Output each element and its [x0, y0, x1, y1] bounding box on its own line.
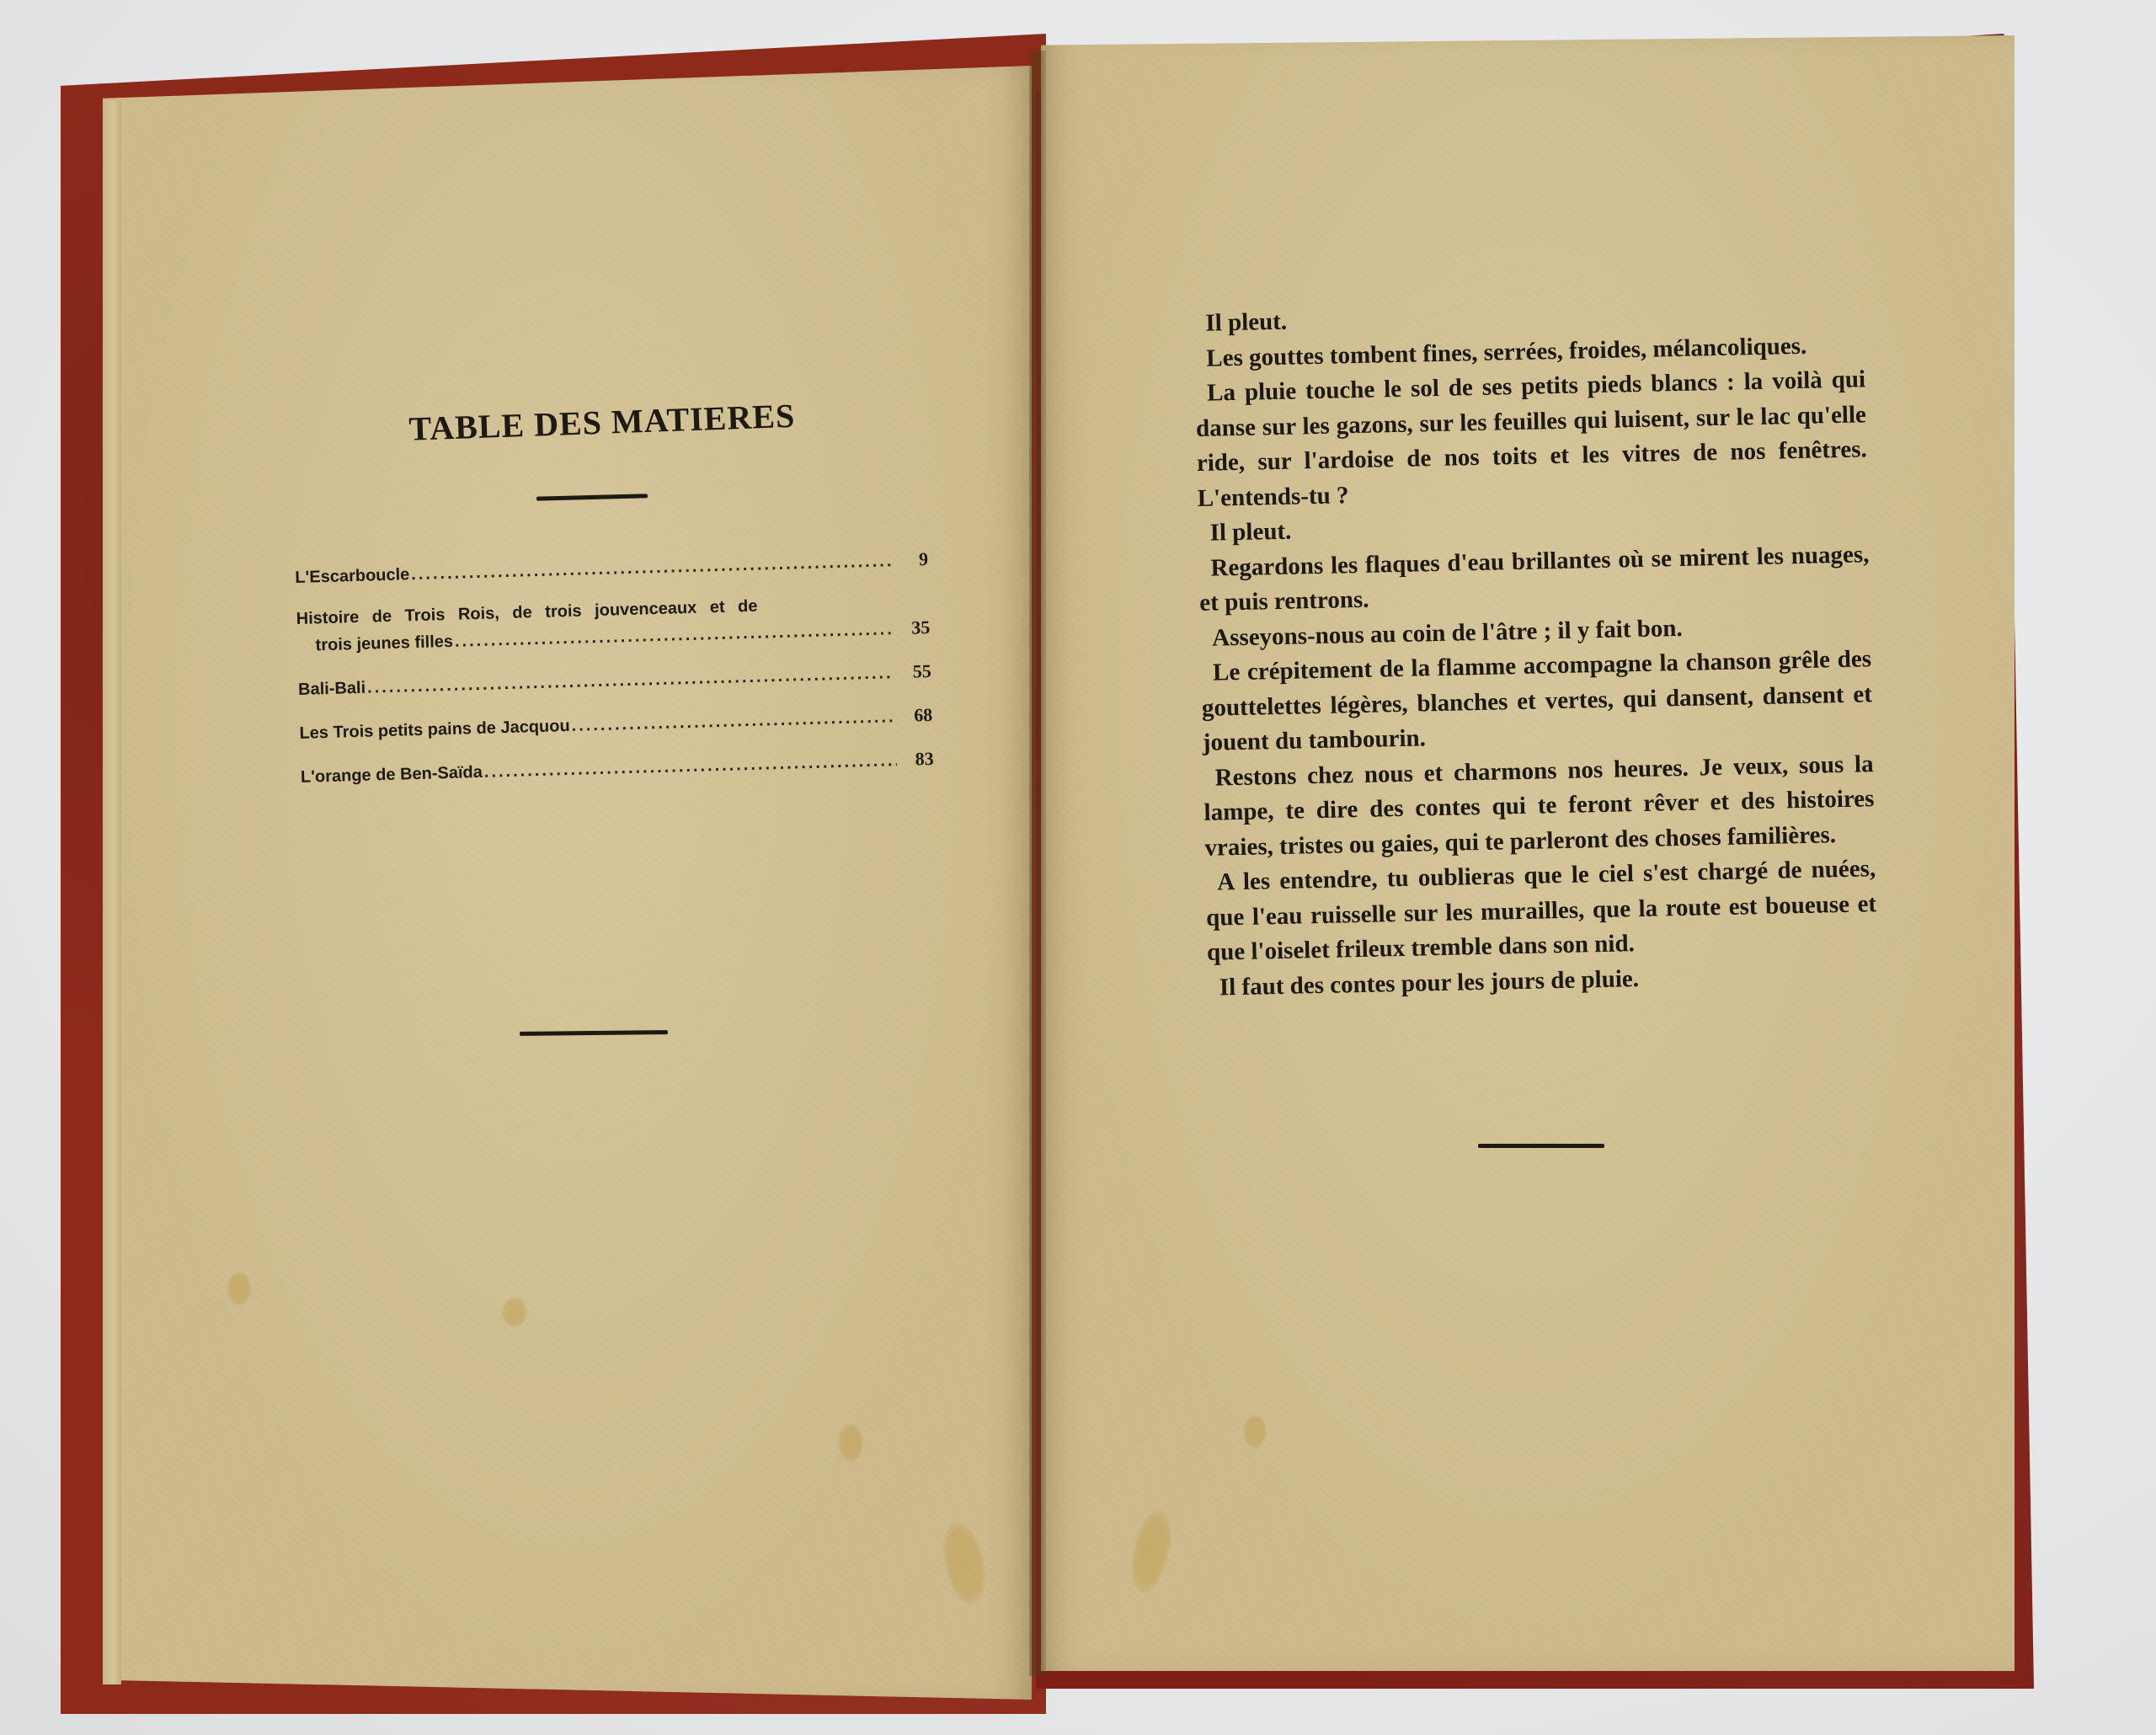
- toc-entry-page: 55: [900, 660, 931, 683]
- toc-entry: Les Trois petits pains de Jacquou 68: [299, 704, 932, 744]
- left-page: [103, 66, 1032, 1700]
- toc-entry-title: Bali-Bali: [298, 679, 366, 700]
- table-of-contents: L'Escarboucle 9 Histoire de Trois Rois, …: [295, 548, 935, 809]
- stain-mark: [227, 1272, 251, 1305]
- body-text: Il pleut. Les gouttes tombent fines, ser…: [1193, 292, 1878, 1005]
- toc-entry-title-continued: trois jeunes filles: [296, 633, 453, 656]
- leader-dots: [367, 664, 894, 697]
- toc-entry-page: 9: [898, 548, 929, 571]
- paragraph: Le crépitement de la flamme accompagne l…: [1201, 642, 1873, 761]
- stain-mark: [838, 1423, 863, 1462]
- paragraph: La pluie touche le sol de ses petits pie…: [1195, 362, 1868, 516]
- toc-entry-page: 68: [902, 704, 933, 727]
- stain-mark: [1243, 1415, 1267, 1449]
- leader-dots: [455, 620, 894, 652]
- left-page-stacked-edges: [103, 101, 121, 1684]
- toc-entry-page: 35: [899, 617, 931, 639]
- toc-entry-page: 83: [903, 748, 934, 771]
- leader-dots: [571, 707, 895, 736]
- toc-entry: Histoire de Trois Rois, de trois jouvenc…: [296, 592, 930, 656]
- toc-entry: Bali-Bali 55: [298, 660, 931, 700]
- leader-dots: [484, 751, 898, 782]
- section-end-divider: [1478, 1144, 1604, 1148]
- toc-entry: L'orange de Ben-Saïda 83: [301, 748, 934, 787]
- paragraph: A les entendre, tu oublieras que le ciel…: [1205, 851, 1877, 970]
- toc-entry-title: L'Escarboucle: [295, 565, 410, 588]
- book-spine-gutter: [1029, 51, 1046, 1676]
- paragraph: Restons chez nous et charmons nos heures…: [1203, 747, 1875, 866]
- toc-entry-title: Les Trois petits pains de Jacquou: [299, 717, 570, 744]
- stain-mark: [502, 1297, 527, 1327]
- toc-entry-title: L'orange de Ben-Saïda: [301, 763, 483, 787]
